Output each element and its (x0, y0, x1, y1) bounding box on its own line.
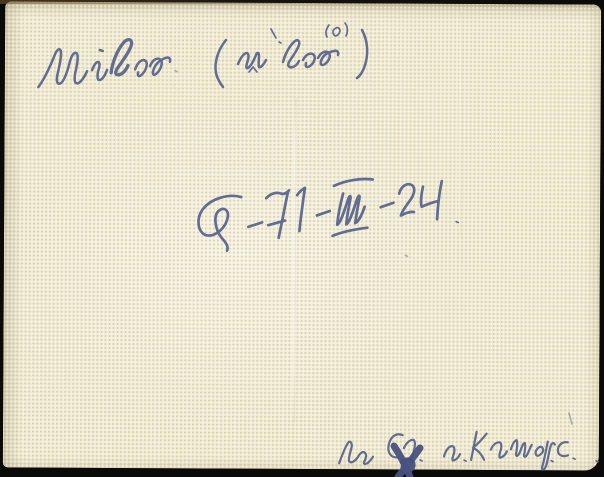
paper-crease (292, 98, 296, 423)
index-card (3, 1, 601, 470)
paper-crease (458, 12, 461, 237)
scan-frame: Мівси. (мі̀вси(о)) Л - 71 - ІІІ - 24. (0, 0, 604, 477)
